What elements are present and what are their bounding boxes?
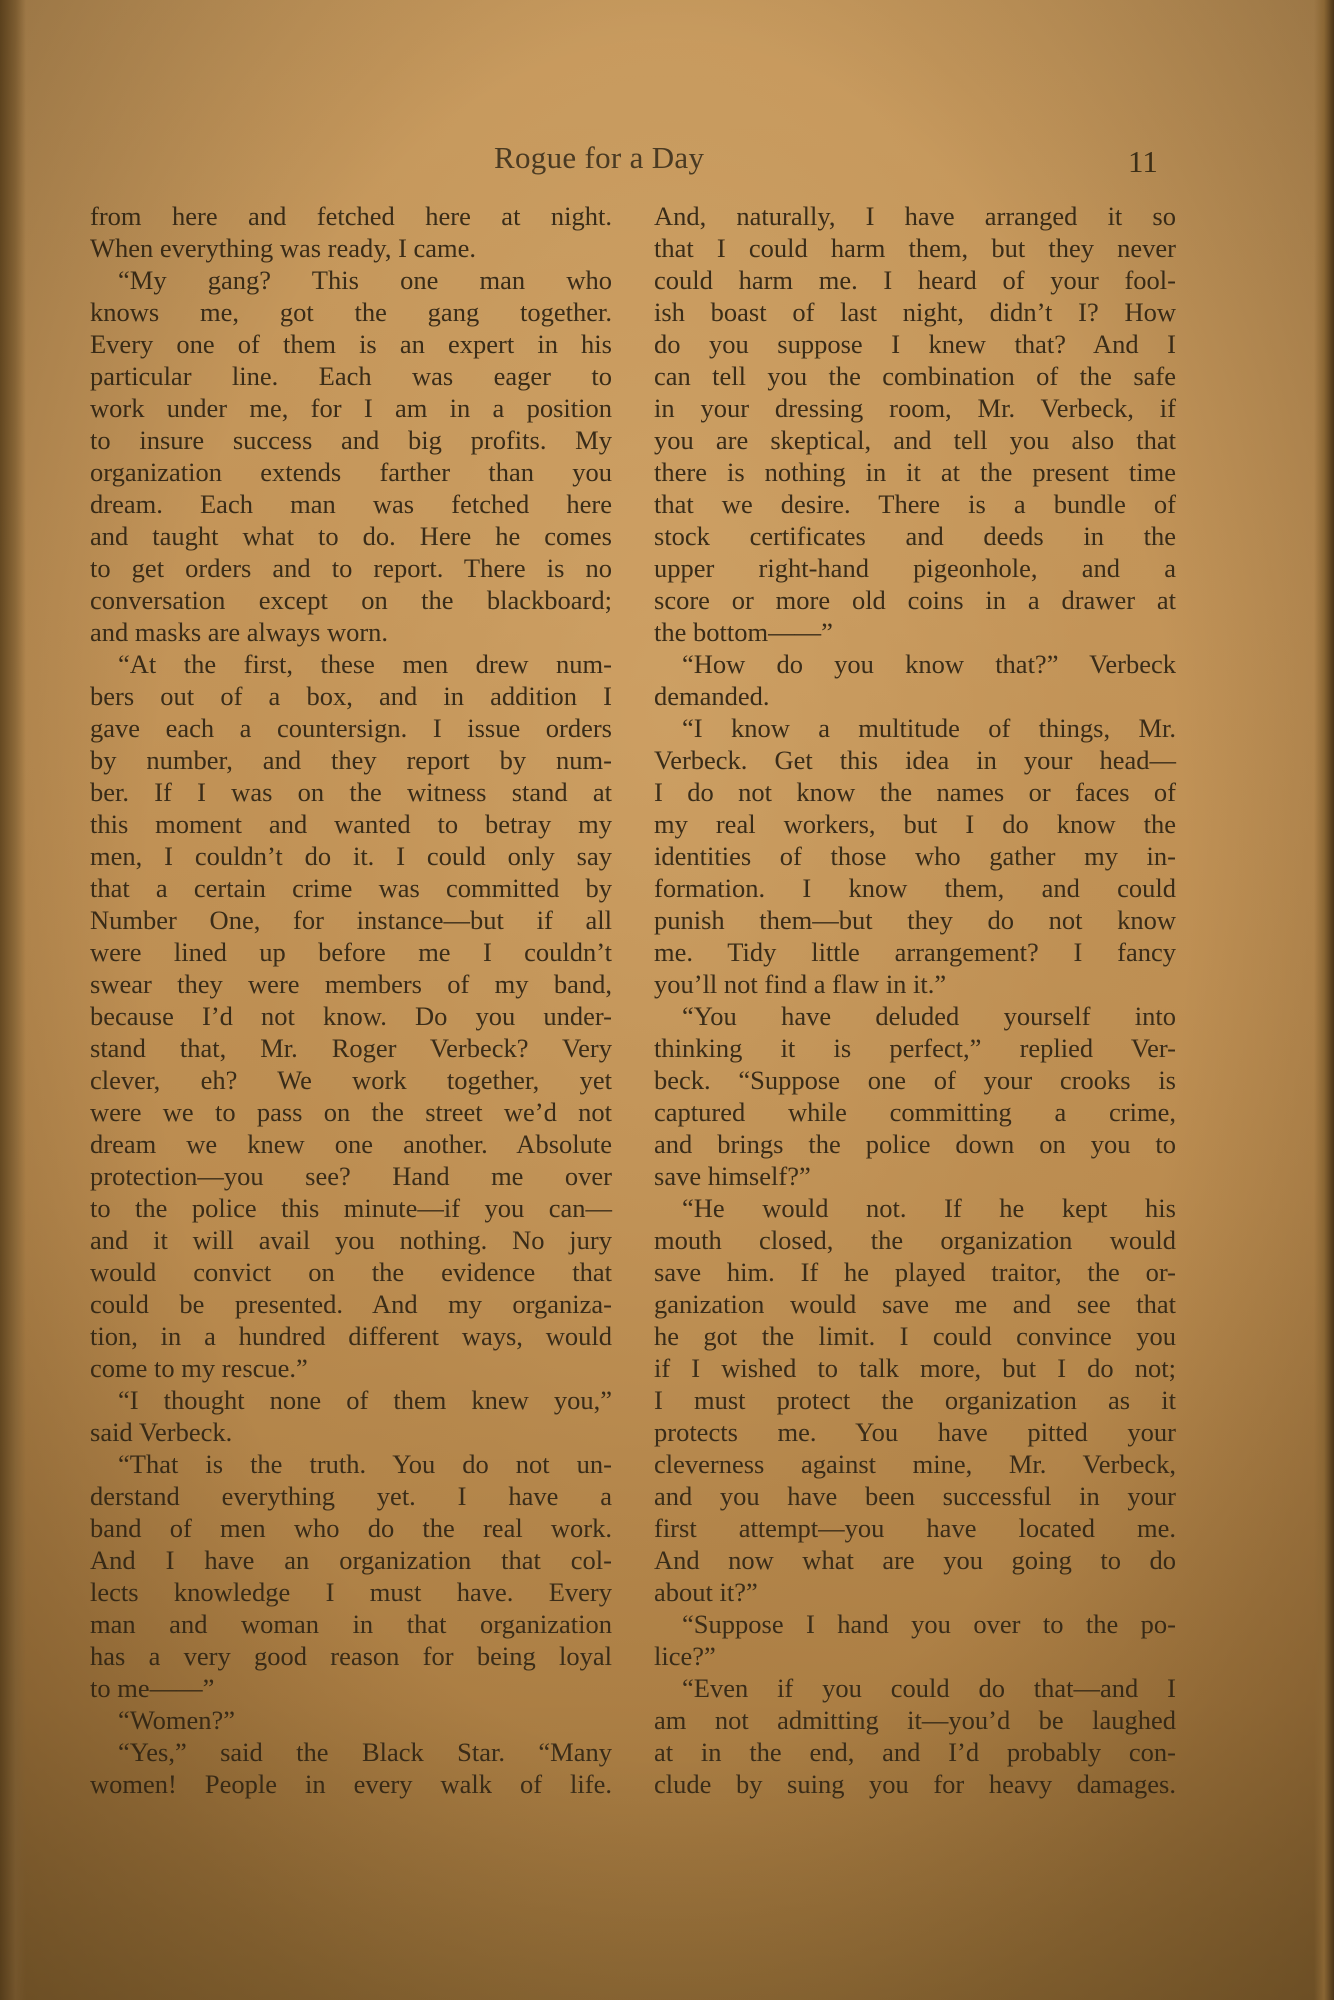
text-line: that a certain crime was committed by (90, 872, 612, 904)
text-line: that we desire. There is a bundle of (654, 488, 1176, 520)
text-line: there is nothing in it at the present ti… (654, 456, 1176, 488)
text-line: to me——” (90, 1672, 612, 1704)
text-line: stand that, Mr. Roger Verbeck? Very (90, 1032, 612, 1064)
text-line: cleverness against mine, Mr. Verbeck, (654, 1448, 1176, 1480)
text-line: And now what are you going to do (654, 1544, 1176, 1576)
text-line: And I have an organization that col- (90, 1544, 612, 1576)
text-column-left: from here and fetched here at night.When… (90, 200, 612, 1800)
text-line: by number, and they report by num- (90, 744, 612, 776)
text-line: because I’d not know. Do you under- (90, 1000, 612, 1032)
text-line: me. Tidy little arrangement? I fancy (654, 936, 1176, 968)
text-line: thinking it is perfect,” replied Ver- (654, 1032, 1176, 1064)
text-line: and masks are always worn. (90, 616, 612, 648)
text-line: “Suppose I hand you over to the po- (654, 1608, 1176, 1640)
text-line: bers out of a box, and in addition I (90, 680, 612, 712)
text-line: “That is the truth. You do not un- (90, 1448, 612, 1480)
text-line: and it will avail you nothing. No jury (90, 1224, 612, 1256)
text-line: am not admitting it—you’d be laughed (654, 1704, 1176, 1736)
text-line: ganization would save me and see that (654, 1288, 1176, 1320)
text-line: this moment and wanted to betray my (90, 808, 612, 840)
text-line: I must protect the organization as it (654, 1384, 1176, 1416)
text-line: beck. “Suppose one of your crooks is (654, 1064, 1176, 1096)
book-page: Rogue for a Day 11 from here and fetched… (0, 0, 1334, 2000)
text-line: tion, in a hundred different ways, would (90, 1320, 612, 1352)
text-line: ber. If I was on the witness stand at (90, 776, 612, 808)
text-line: captured while committing a crime, (654, 1096, 1176, 1128)
text-column-right: And, naturally, I have arranged it sotha… (654, 200, 1176, 1800)
text-line: about it?” (654, 1576, 1176, 1608)
text-line: were we to pass on the street we’d not (90, 1096, 612, 1128)
text-line: if I wished to talk more, but I do not; (654, 1352, 1176, 1384)
page-number: 11 (1128, 144, 1158, 180)
text-line: dream. Each man was fetched here (90, 488, 612, 520)
text-line: “At the first, these men drew num- (90, 648, 612, 680)
text-line: “I know a multitude of things, Mr. (654, 712, 1176, 744)
text-line: would convict on the evidence that (90, 1256, 612, 1288)
text-line: formation. I know them, and could (654, 872, 1176, 904)
text-line: clude by suing you for heavy damages. (654, 1768, 1176, 1800)
text-line: from here and fetched here at night. (90, 200, 612, 232)
text-line: could harm me. I heard of your fool- (654, 264, 1176, 296)
text-line: lice?” (654, 1640, 1176, 1672)
text-line: man and woman in that organization (90, 1608, 612, 1640)
text-line: and taught what to do. Here he comes (90, 520, 612, 552)
text-line: protection—you see? Hand me over (90, 1160, 612, 1192)
text-line: demanded. (654, 680, 1176, 712)
text-line: has a very good reason for being loyal (90, 1640, 612, 1672)
text-line: Verbeck. Get this idea in your head— (654, 744, 1176, 776)
text-line: at in the end, and I’d probably con- (654, 1736, 1176, 1768)
text-line: particular line. Each was eager to (90, 360, 612, 392)
text-line: score or more old coins in a drawer at (654, 584, 1176, 616)
text-line: identities of those who gather my in- (654, 840, 1176, 872)
text-line: and brings the police down on you to (654, 1128, 1176, 1160)
text-line: Every one of them is an expert in his (90, 328, 612, 360)
text-line: save him. If he played traitor, the or- (654, 1256, 1176, 1288)
text-line: organization extends farther than you (90, 456, 612, 488)
text-line: upper right-hand pigeonhole, and a (654, 552, 1176, 584)
text-line: the bottom——” (654, 616, 1176, 648)
text-line: knows me, got the gang together. (90, 296, 612, 328)
text-line: “Women?” (90, 1704, 612, 1736)
text-line: clever, eh? We work together, yet (90, 1064, 612, 1096)
text-line: stock certificates and deeds in the (654, 520, 1176, 552)
text-line: derstand everything yet. I have a (90, 1480, 612, 1512)
text-line: band of men who do the real work. (90, 1512, 612, 1544)
text-line: punish them—but they do not know (654, 904, 1176, 936)
text-line: I do not know the names or faces of (654, 776, 1176, 808)
text-line: my real workers, but I do know the (654, 808, 1176, 840)
text-line: “You have deluded yourself into (654, 1000, 1176, 1032)
text-line: do you suppose I knew that? And I (654, 328, 1176, 360)
text-line: in your dressing room, Mr. Verbeck, if (654, 392, 1176, 424)
text-line: dream we knew one another. Absolute (90, 1128, 612, 1160)
text-line: come to my rescue.” (90, 1352, 612, 1384)
text-line: could be presented. And my organiza- (90, 1288, 612, 1320)
text-line: mouth closed, the organization would (654, 1224, 1176, 1256)
text-line: men, I couldn’t do it. I could only say (90, 840, 612, 872)
text-line: ish boast of last night, didn’t I? How (654, 296, 1176, 328)
text-line: to insure success and big profits. My (90, 424, 612, 456)
text-line: When everything was ready, I came. (90, 232, 612, 264)
text-line: first attempt—you have located me. (654, 1512, 1176, 1544)
text-line: lects knowledge I must have. Every (90, 1576, 612, 1608)
text-line: that I could harm them, but they never (654, 232, 1176, 264)
text-line: can tell you the combination of the safe (654, 360, 1176, 392)
text-line: and you have been successful in your (654, 1480, 1176, 1512)
text-line: he got the limit. I could convince you (654, 1320, 1176, 1352)
text-line: And, naturally, I have arranged it so (654, 200, 1176, 232)
text-line: you are skeptical, and tell you also tha… (654, 424, 1176, 456)
text-line: to the police this minute—if you can— (90, 1192, 612, 1224)
text-line: gave each a countersign. I issue orders (90, 712, 612, 744)
text-line: were lined up before me I couldn’t (90, 936, 612, 968)
text-line: save himself?” (654, 1160, 1176, 1192)
text-line: Number One, for instance—but if all (90, 904, 612, 936)
running-title: Rogue for a Day (494, 140, 704, 176)
text-line: “Even if you could do that—and I (654, 1672, 1176, 1704)
text-line: “How do you know that?” Verbeck (654, 648, 1176, 680)
text-line: said Verbeck. (90, 1416, 612, 1448)
text-line: protects me. You have pitted your (654, 1416, 1176, 1448)
text-line: “My gang? This one man who (90, 264, 612, 296)
text-line: to get orders and to report. There is no (90, 552, 612, 584)
text-line: you’ll not find a flaw in it.” (654, 968, 1176, 1000)
text-line: swear they were members of my band, (90, 968, 612, 1000)
text-line: “Yes,” said the Black Star. “Many (90, 1736, 612, 1768)
text-line: “I thought none of them knew you,” (90, 1384, 612, 1416)
text-line: work under me, for I am in a position (90, 392, 612, 424)
text-line: “He would not. If he kept his (654, 1192, 1176, 1224)
text-line: women! People in every walk of life. (90, 1768, 612, 1800)
text-line: conversation except on the blackboard; (90, 584, 612, 616)
